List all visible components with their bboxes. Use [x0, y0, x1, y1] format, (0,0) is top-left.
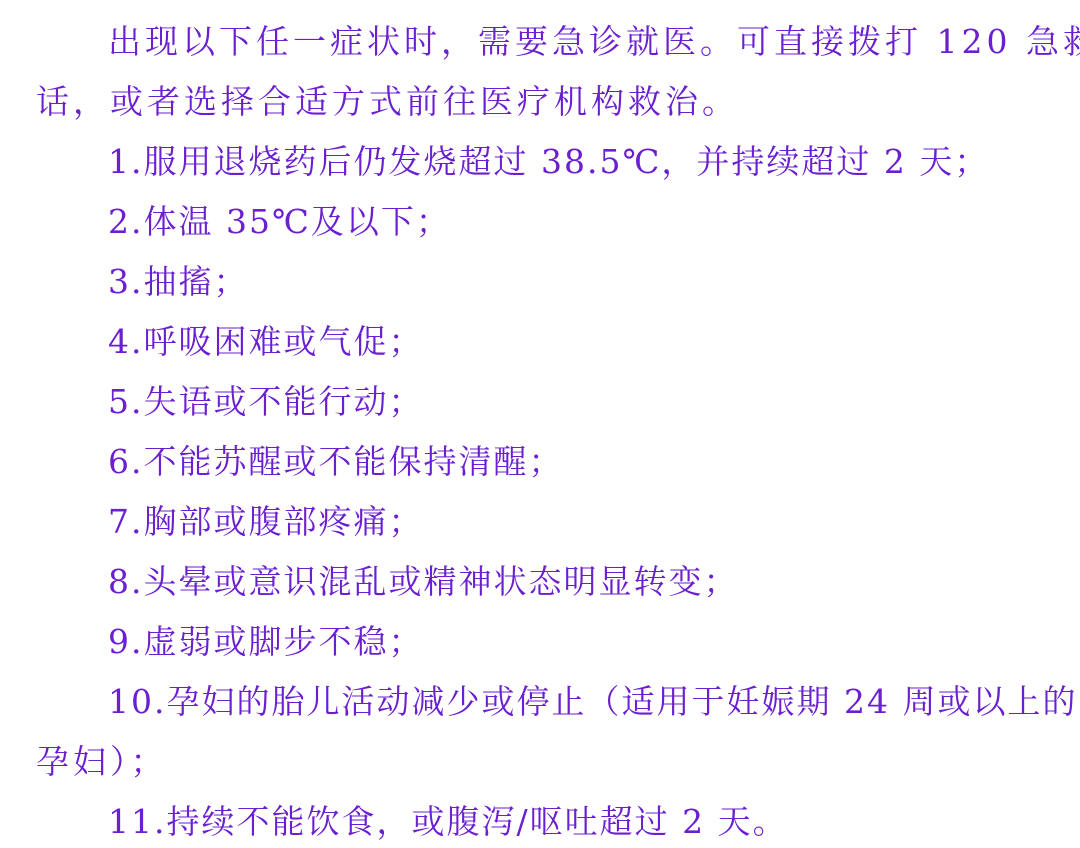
item-text: 服用退烧药后仍发烧超过 38.5℃，并持续超过 2 天； — [144, 142, 990, 181]
list-item: 2.体温 35℃及以下； — [108, 202, 451, 242]
list-item: 9.虚弱或脚步不稳； — [108, 622, 424, 662]
item-text: 头晕或意识混乱或精神状态明显转变； — [144, 562, 739, 601]
item-number: 5. — [108, 382, 144, 421]
item-number: 2. — [108, 202, 144, 241]
item-text: 呼吸困难或气促； — [144, 322, 424, 361]
item-number: 10. — [108, 682, 166, 721]
item-text: 胸部或腹部疼痛； — [144, 502, 424, 541]
item-number: 3. — [108, 262, 144, 301]
intro-paragraph-line-2: 话，或者选择合适方式前往医疗机构救治。 — [36, 82, 739, 122]
intro-text: 话，或者选择合适方式前往医疗机构救治。 — [36, 82, 739, 121]
intro-text: 出现以下任一症状时，需要急诊就医。可直接拨打 120 急救电 — [108, 22, 1080, 61]
item-text: 孕妇的胎儿活动减少或停止（适用于妊娠期 24 周或以上的 — [166, 682, 1077, 721]
item-text: 孕妇）； — [36, 742, 168, 781]
intro-paragraph-line-1: 出现以下任一症状时，需要急诊就医。可直接拨打 120 急救电 — [108, 22, 1080, 62]
item-number: 11. — [108, 802, 166, 841]
item-text: 抽搐； — [144, 262, 249, 301]
item-text: 体温 35℃及以下； — [144, 202, 451, 241]
item-text: 虚弱或脚步不稳； — [144, 622, 424, 661]
item-text: 持续不能饮食，或腹泻/呕吐超过 2 天。 — [166, 802, 787, 841]
item-text: 失语或不能行动； — [144, 382, 424, 421]
item-number: 9. — [108, 622, 144, 661]
list-item: 8.头晕或意识混乱或精神状态明显转变； — [108, 562, 739, 602]
item-text: 不能苏醒或不能保持清醒； — [144, 442, 564, 481]
list-item: 11.持续不能饮食，或腹泻/呕吐超过 2 天。 — [108, 802, 788, 842]
list-item: 1.服用退烧药后仍发烧超过 38.5℃，并持续超过 2 天； — [108, 142, 989, 182]
list-item: 4.呼吸困难或气促； — [108, 322, 424, 362]
item-number: 8. — [108, 562, 144, 601]
item-number: 6. — [108, 442, 144, 481]
list-item: 3.抽搐； — [108, 262, 249, 302]
list-item: 5.失语或不能行动； — [108, 382, 424, 422]
item-number: 7. — [108, 502, 144, 541]
list-item: 7.胸部或腹部疼痛； — [108, 502, 424, 542]
list-item: 6.不能苏醒或不能保持清醒； — [108, 442, 564, 482]
list-item: 10.孕妇的胎儿活动减少或停止（适用于妊娠期 24 周或以上的 — [108, 682, 1077, 722]
document-page: 出现以下任一症状时，需要急诊就医。可直接拨打 120 急救电 话，或者选择合适方… — [0, 0, 1080, 848]
item-number: 1. — [108, 142, 144, 181]
list-item-continuation: 孕妇）； — [36, 742, 168, 782]
item-number: 4. — [108, 322, 144, 361]
